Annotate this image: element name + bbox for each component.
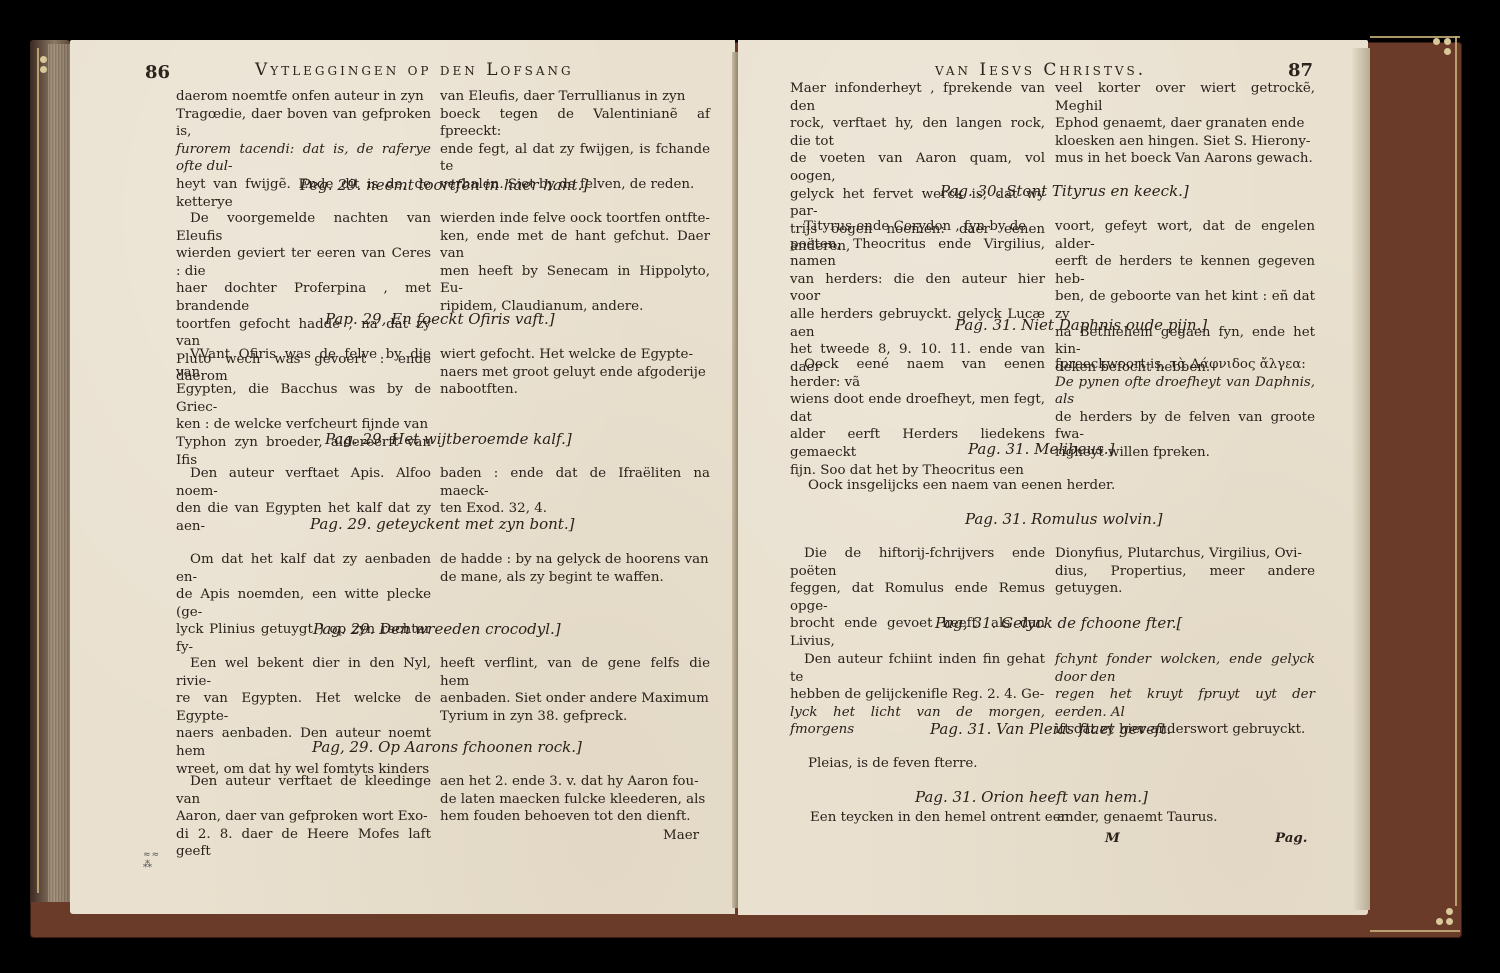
running-head-left: Vytleggingen op den Lofsang (255, 60, 574, 80)
running-head-right: van Iesvs Christvs. (935, 60, 1146, 80)
corner-stud (1446, 908, 1453, 915)
section-heading: Pag. 29. geteyckent met zyn bont.] (310, 515, 574, 533)
text-line: Oock eené naem van eenen herder: vã (790, 356, 1045, 391)
text-line: rock, verftaet hy, den langen rock, die … (790, 115, 1045, 150)
text-column: Een wel bekent dier in den Nyl, rivie- r… (176, 655, 431, 778)
text-line: Egypten, die Bacchus was by de Griec- (176, 381, 431, 416)
text-line: Een wel bekent dier in den Nyl, rivie- (176, 655, 431, 690)
text-line: ander, genaemt Taurus. (1057, 810, 1218, 825)
text-line: de hadde : by na gelyck de hoorens van (440, 551, 710, 569)
corner-stud (1433, 38, 1440, 45)
section-heading: Pag. 31. Niet Daphnis oude pijn.] (955, 316, 1207, 334)
text-column: Oock eené naem van eenen herder: vã wien… (790, 356, 1045, 479)
text-line: Tragœdie, daer boven van gefproken is, (176, 106, 431, 141)
marginal-stain: ≈≈⁂ (143, 850, 160, 870)
text-line: de Apis noemden, een witte plecke (ge- (176, 586, 431, 621)
text-line: wiens doot ende droefheyt, men fegt, dat (790, 391, 1045, 426)
text-column: wierden inde felve oock toortfen ontfte-… (440, 210, 710, 316)
text-line: aenbaden. Siet onder andere Maximum (440, 690, 710, 708)
text-line: ende fegt, al dat zy fwijgen, is fchande… (440, 141, 710, 176)
text-column: heeft verflint, van de gene felfs die he… (440, 655, 710, 725)
text-line: heeft verflint, van de gene felfs die he… (440, 655, 710, 690)
text-line: regen het kruyt fpruyt uyt der eerden. A… (1055, 686, 1315, 721)
corner-stud (1444, 38, 1451, 45)
section-heading: Pag. 31. Romulus wolvin.] (965, 510, 1162, 528)
text-line: di 2. 8. daer de Heere Mofes laft geeft (176, 826, 431, 861)
signature-mark: M (1105, 830, 1120, 846)
text-column: voort, gefeyt wort, dat de engelen alder… (1055, 218, 1315, 376)
text-line: voort, gefeyt wort, dat de engelen alder… (1055, 218, 1315, 253)
text-line: VVant Ofiris was de felve by die van (176, 346, 431, 381)
text-line: aen het 2. ende 3. v. dat hy Aaron fou- (440, 773, 710, 791)
text-line: dius, Propertius, meer andere getuygen. (1055, 563, 1315, 598)
text-line: Pleias, is de feven fterre. (808, 756, 978, 771)
gilt-fillet-bottom (1370, 930, 1460, 932)
text-line: de herders by de felven van groote fwa- (1055, 409, 1315, 444)
corner-stud (40, 56, 47, 63)
text-column: Den auteur verftaet de kleedinge van Aar… (176, 773, 431, 861)
section-heading: Pag, 29. Op Aarons fchoonen rock.] (312, 738, 582, 756)
text-line: De pynen ofte droefheyt van Daphnis, als (1055, 374, 1315, 409)
text-column: de hadde : by na gelyck de hoorens van d… (440, 551, 710, 586)
text-line: fpreeckwoort is, τὰ Δάφνιδος ἄλγεα: (1055, 356, 1315, 374)
text-line: van herders: die den auteur hier voor (790, 271, 1045, 306)
page-number-right: 87 (1288, 60, 1313, 81)
text-line: fijn. Soo dat het by Theocritus een (790, 462, 1045, 480)
text-line: fchynt fonder wolcken, ende gelyck door … (1055, 651, 1315, 686)
text-line: de voeten van Aaron quam, vol oogen, (790, 150, 1045, 185)
text-line: poëten, Theocritus ende Virgilius, namen (790, 236, 1045, 271)
text-line: nabootften. (440, 381, 710, 399)
text-line: wiert gefocht. Het welcke de Egypte- (440, 346, 710, 364)
text-column: Die de hiftorij-fchrijvers ende poëten f… (790, 545, 1045, 651)
text-line: re van Egypten. Het welcke de Egypte- (176, 690, 431, 725)
text-line: Den auteur verftaet Apis. Alfoo noem- (176, 465, 431, 500)
text-line: Den auteur fchiint inden fin gehat te (790, 651, 1045, 686)
text-column: Tityrus ende Corydon , fyn by de poëten,… (790, 218, 1045, 376)
section-heading: Peg. 29. neemt toortfen in haer hant.] (300, 176, 588, 194)
text-line: Ephod genaemt, daer granaten ende (1055, 115, 1315, 133)
text-line: Oock insgelijcks een naem van eenen herd… (808, 478, 1115, 493)
text-line: mus in het boeck Van Aarons gewach. (1055, 150, 1315, 168)
text-line: Maer infonderheyt , fprekende van den (790, 80, 1045, 115)
section-heading: Pag. 31. Melibeus.] (968, 440, 1114, 458)
text-column: baden : ende dat de Ifraëliten na maeck-… (440, 465, 710, 518)
section-heading: Pag. 29. Het wijtberoemde kalf.] (325, 430, 572, 448)
text-line: hebben de gelijckenifle Reg. 2. 4. Ge- (790, 686, 1045, 704)
text-line: feggen, dat Romulus ende Remus opge- (790, 580, 1045, 615)
text-line: furorem tacendi: dat is, de raferye ofte… (176, 141, 431, 176)
section-heading: Pap. 29, En foeckt Ofiris vaft.] (325, 310, 555, 328)
text-line: Een teycken in den hemel ontrent een (810, 810, 1069, 825)
text-line: De voorgemelde nachten van Eleufis (176, 210, 431, 245)
page-edges-left (48, 44, 70, 902)
text-line: boeck tegen de Valentinianẽ af fpreeckt: (440, 106, 710, 141)
text-line: wierden inde felve oock toortfen ontfte- (440, 210, 710, 228)
text-column-right-2: veel korter over wiert getrockẽ, Meghil … (1055, 80, 1315, 168)
text-line: naers met groot geluyt ende afgoderije (440, 364, 710, 382)
text-line: Tityrus ende Corydon , fyn by de (790, 218, 1045, 236)
text-line: Den auteur verftaet de kleedinge van (176, 773, 431, 808)
text-line: Die de hiftorij-fchrijvers ende poëten (790, 545, 1045, 580)
text-line: eerft de herders te kennen gegeven heb- (1055, 253, 1315, 288)
section-heading: Pag. 31. Van Pleias ftaet geveft. (930, 720, 1171, 738)
text-line: de laten maecken fulcke kleederen, als (440, 791, 710, 809)
text-line: Om dat het kalf dat zy aenbaden en- (176, 551, 431, 586)
text-line: hem fouden behoeven tot den dienft. (440, 808, 710, 826)
corner-stud (1444, 48, 1451, 55)
section-heading: Pag. 31. Orion heeft van hem.] (915, 788, 1148, 806)
text-column: Dionyfius, Plutarchus, Virgilius, Ovi- d… (1055, 545, 1315, 598)
catchword-left: Maer (663, 828, 699, 843)
section-heading: Pag, 31. Gelyck de fchoone fter.[ (935, 614, 1182, 632)
page-edges-right (1352, 48, 1370, 910)
page-number-left: 86 (145, 62, 170, 83)
corner-stud (1436, 918, 1443, 925)
text-line: men heeft by Senecam in Hippolyto, Eu- (440, 263, 710, 298)
catchword-right: Pag. (1275, 830, 1307, 846)
corner-stud (1446, 918, 1453, 925)
text-line: veel korter over wiert getrockẽ, Meghil (1055, 80, 1315, 115)
text-line: Aaron, daer van gefproken wort Exo- (176, 808, 431, 826)
text-column: aen het 2. ende 3. v. dat hy Aaron fou- … (440, 773, 710, 826)
text-line: van Eleufis, daer Terrullianus in zyn (440, 88, 710, 106)
text-column: VVant Ofiris was de felve by die van Egy… (176, 346, 431, 469)
gilt-fillet-right (1455, 36, 1457, 906)
section-heading: Pag. 30. Stont Tityrus en keeck.] (940, 182, 1189, 200)
text-line: ken, ende met de hant gefchut. Daer van (440, 228, 710, 263)
text-line: kloesken aen hingen. Siet S. Hierony- (1055, 133, 1315, 151)
text-line: de mane, als zy begint te waffen. (440, 569, 710, 587)
corner-stud (40, 66, 47, 73)
text-line: Tyrium in zyn 38. gefpreck. (440, 708, 710, 726)
gilt-fillet-left (37, 48, 39, 893)
text-line: wierden geviert ter eeren van Ceres : di… (176, 245, 431, 280)
text-line: baden : ende dat de Ifraëliten na maeck- (440, 465, 710, 500)
text-column: Om dat het kalf dat zy aenbaden en- de A… (176, 551, 431, 657)
text-line: Dionyfius, Plutarchus, Virgilius, Ovi- (1055, 545, 1315, 563)
text-line: daerom noemtfe onfen auteur in zyn (176, 88, 431, 106)
section-heading: Pag. 29. Den wreeden crocodyl.] (313, 620, 561, 638)
text-column: wiert gefocht. Het welcke de Egypte- nae… (440, 346, 710, 399)
